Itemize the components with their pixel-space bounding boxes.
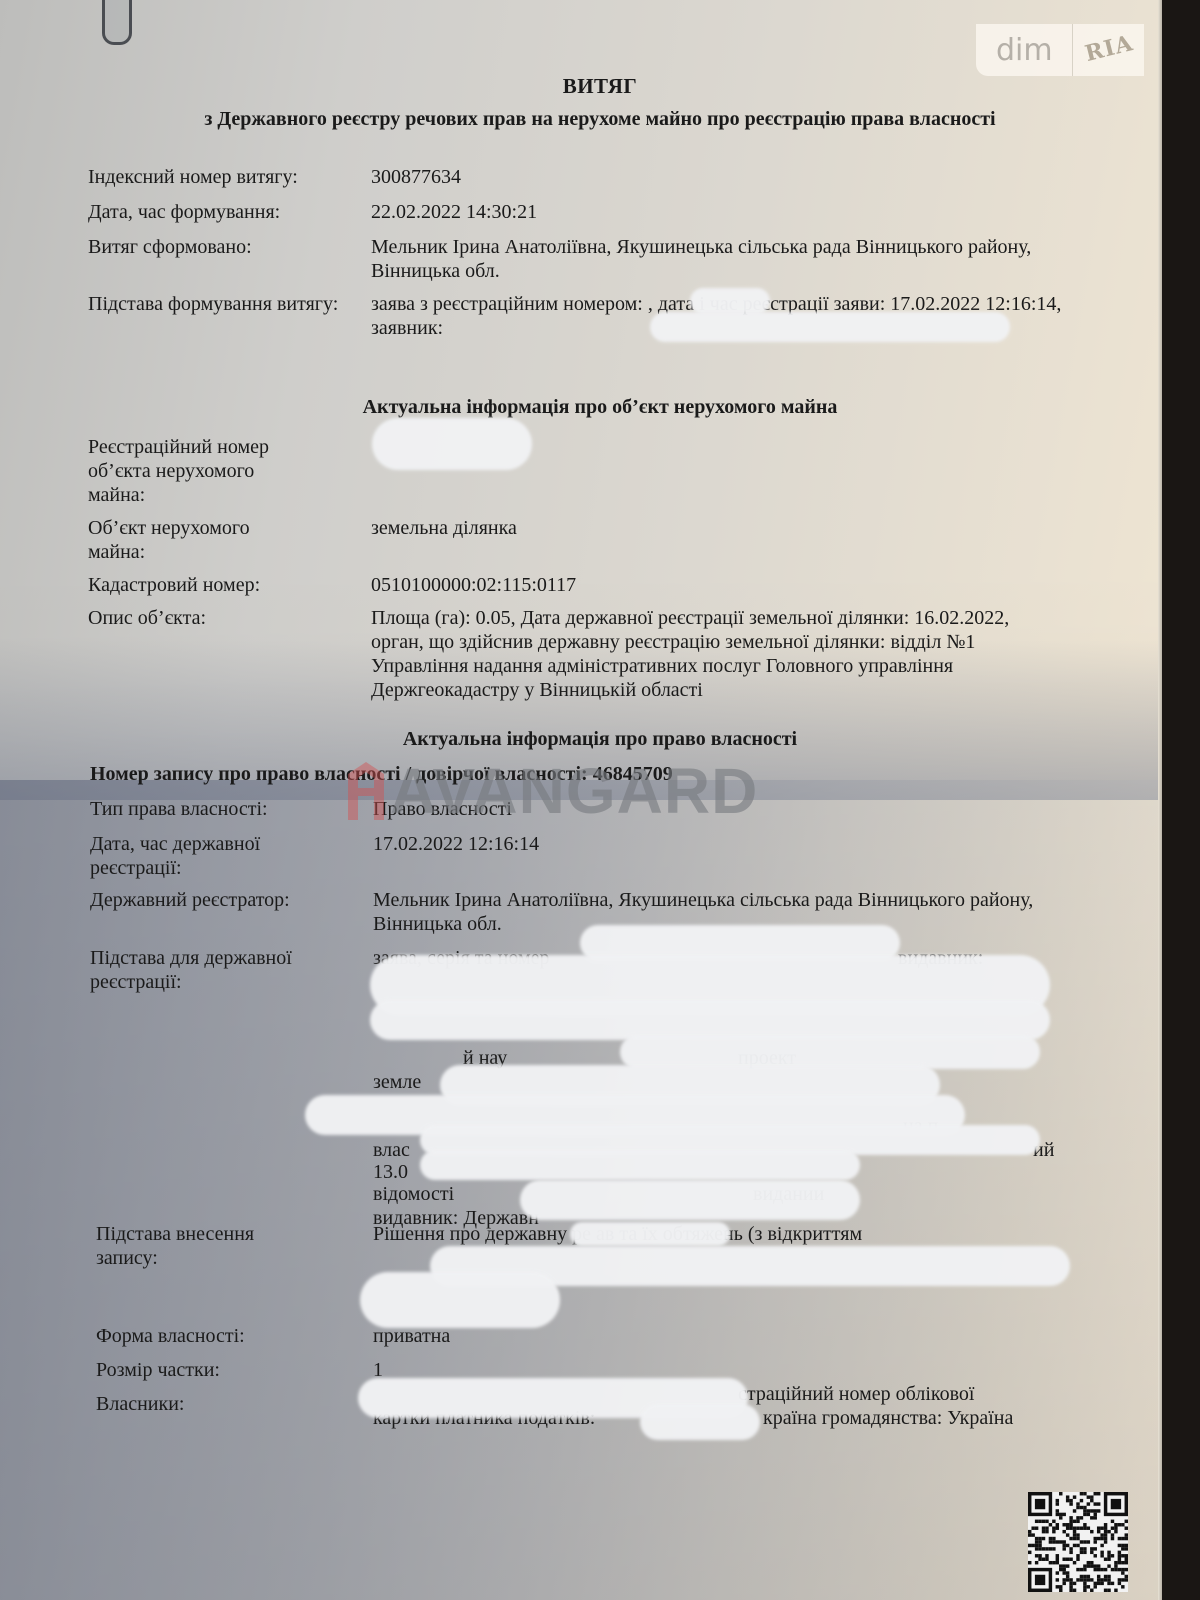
field-label: Тип права власності:: [90, 797, 373, 821]
dim-logo-text: dim: [976, 33, 1072, 68]
field-object-reg-number: Реєстраційний номер об’єкта нерухомого м…: [88, 435, 1088, 507]
section-title-object: Актуальна інформація про об’єкт нерухомо…: [0, 396, 1162, 419]
field-formed-by: Витяг сформовано: Мельник Ірина Анатолії…: [88, 235, 1088, 283]
redaction-mark: [520, 1180, 860, 1220]
field-label: Підстава для державної реєстрації:: [90, 946, 340, 1236]
field-ownership-form: Форма власності: приватна: [96, 1324, 1096, 1348]
field-record-number: Номер запису про право власності / довір…: [90, 762, 1090, 786]
field-label: Підстава внесення запису:: [96, 1222, 296, 1270]
field-label: Номер запису про право власності / довір…: [90, 762, 588, 786]
field-value: Мельник Ірина Анатоліївна, Якушинецька с…: [371, 235, 1088, 283]
ria-logo-text: RIA: [1071, 30, 1136, 70]
field-label: Опис об’єкта:: [88, 606, 371, 702]
value-line: країна громадянства: Україна: [763, 1406, 1013, 1430]
field-value: земельна ділянка: [371, 516, 1088, 564]
field-label: Розмір частки:: [96, 1358, 373, 1382]
field-value: 300877634: [371, 165, 1088, 189]
document-title: ВИТЯГ: [0, 74, 1162, 99]
field-extract-index: Індексний номер витягу: 300877634: [88, 165, 1088, 189]
redaction-mark: [690, 288, 770, 314]
field-registration-datetime: Дата, час державної реєстрації: 17.02.20…: [90, 832, 1090, 880]
value-line: Рішення про державну ре ав та їх обтяжен…: [373, 1222, 1096, 1246]
field-label: Об’єкт нерухомого майна:: [88, 516, 288, 564]
field-value: приватна: [373, 1324, 1096, 1348]
paperclip-icon: [102, 0, 132, 45]
field-value: 46845709: [593, 762, 673, 786]
redaction-mark: [372, 418, 532, 470]
value-fragment: влас: [373, 1138, 410, 1162]
redaction-mark: [570, 1222, 730, 1246]
field-label: Дата, час формування:: [88, 200, 371, 224]
redaction-mark: [420, 1150, 860, 1180]
field-object-description: Опис об’єкта: Площа (га): 0.05, Дата дер…: [88, 606, 1088, 702]
value-line: страційний номер облікової: [738, 1382, 974, 1406]
value-fragment: земле: [373, 1070, 421, 1094]
field-object-type: Об’єкт нерухомого майна: земельна ділянк…: [88, 516, 1088, 564]
field-value: Площа (га): 0.05, Дата державної реєстра…: [371, 606, 1088, 702]
field-value: 22.02.2022 14:30:21: [371, 200, 1088, 224]
value-fragment: відомості: [373, 1182, 454, 1206]
field-value: Право власності: [373, 797, 1090, 821]
paper-edge: [1158, 0, 1162, 1600]
document-subtitle: з Державного реєстру речових прав на нер…: [0, 108, 1162, 131]
field-label: Власники:: [96, 1392, 373, 1442]
field-label: Підстава формування витягу:: [88, 292, 371, 340]
section-title-ownership: Актуальна інформація про право власності: [0, 728, 1162, 751]
field-label: Реєстраційний номер об’єкта нерухомого м…: [88, 435, 288, 507]
field-label: Кадастровий номер:: [88, 573, 371, 597]
field-ownership-type: Тип права власності: Право власності: [90, 797, 1090, 821]
qr-code-icon: [1028, 1492, 1128, 1592]
redaction-mark: [620, 1035, 1040, 1069]
redaction-mark: [370, 1000, 1050, 1040]
field-formation-datetime: Дата, час формування: 22.02.2022 14:30:2…: [88, 200, 1088, 224]
field-label: Державний реєстратор:: [90, 888, 373, 936]
value-fragment: 13.0: [373, 1160, 408, 1184]
field-label: Форма власності:: [96, 1324, 373, 1348]
redaction-mark: [360, 1272, 560, 1328]
document-photo: dim RIA ВИТЯГ з Державного реєстру речов…: [0, 0, 1162, 1600]
redaction-mark: [640, 1404, 760, 1440]
redaction-mark: [650, 312, 1010, 342]
field-value: 17.02.2022 12:16:14: [373, 832, 1090, 880]
field-label: Дата, час державної реєстрації:: [90, 832, 310, 880]
field-label: Індексний номер витягу:: [88, 165, 371, 189]
field-cadastral-number: Кадастровий номер: 0510100000:02:115:011…: [88, 573, 1088, 597]
dim-ria-logo: dim RIA: [976, 24, 1144, 76]
field-value: 0510100000:02:115:0117: [371, 573, 1088, 597]
field-label: Витяг сформовано:: [88, 235, 371, 283]
